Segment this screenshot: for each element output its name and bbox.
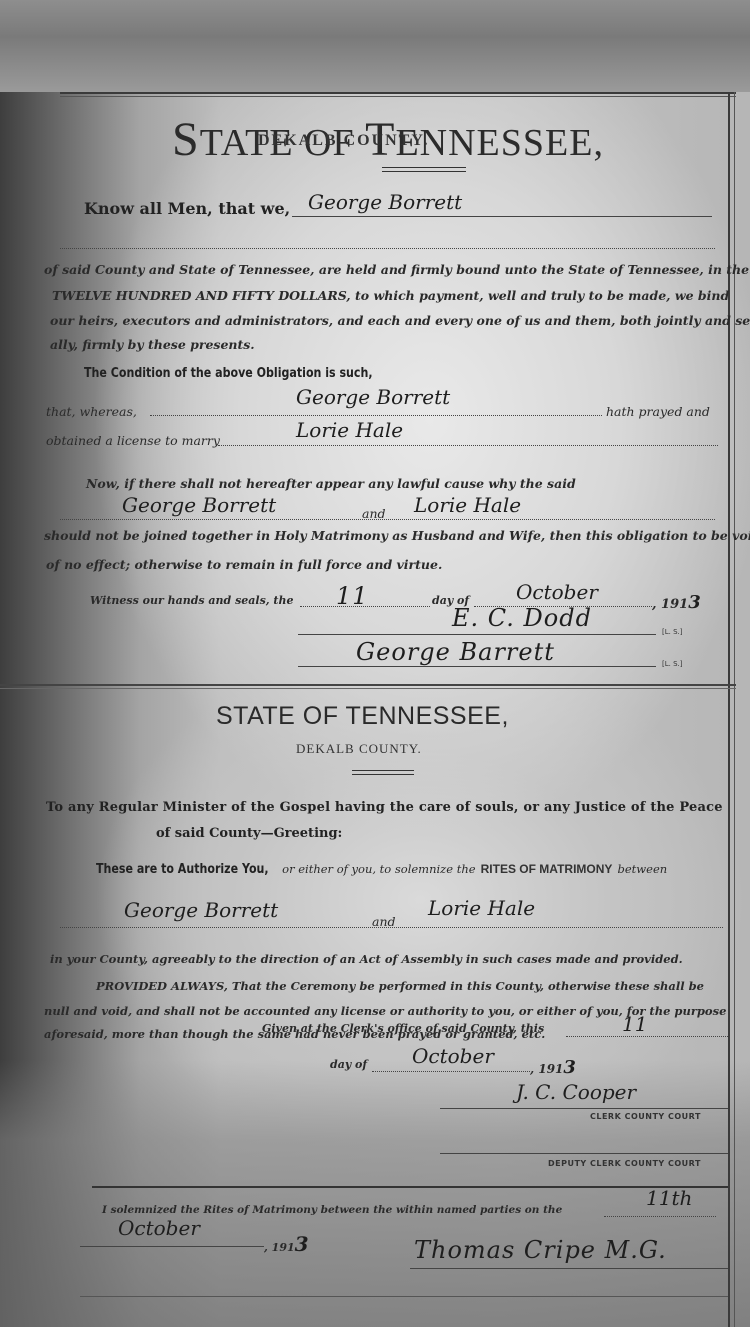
deputy-label: DEPUTY CLERK COUNTY COURT [548, 1159, 701, 1168]
authorize-line: These are to Authorize You, or either of… [96, 858, 667, 877]
now-if-line: Now, if there shall not hereafter appear… [86, 476, 576, 491]
greeting-line-2: of said County—Greeting: [156, 826, 342, 841]
said-groom-handwritten: George Borrett [122, 493, 276, 517]
year-handwritten-digit: 3 [295, 1232, 309, 1256]
bound-line-4: ally, firmly by these presents. [50, 337, 255, 352]
bound-line-2: TWELVE HUNDRED AND FIFTY DOLLARS, to whi… [52, 288, 729, 303]
title-initial-s: S [172, 113, 200, 166]
witness-year: , 1913 [652, 592, 701, 613]
said-bride-handwritten: Lorie Hale [414, 493, 521, 517]
given-year: , 1913 [530, 1057, 576, 1078]
scan-top-edge [0, 0, 750, 92]
section-divider [0, 684, 736, 686]
frame-border-top-inner [60, 96, 736, 97]
section-divider-inner [0, 688, 736, 689]
witness-day-handwritten: 11 [336, 582, 369, 610]
bound-line-1: of said County and State of Tennessee, a… [44, 262, 750, 277]
return-rule [92, 1186, 728, 1188]
year-printed: , 191 [264, 1241, 295, 1254]
obligor-name-handwritten: George Borrett [308, 190, 462, 214]
license-and-label: and [372, 914, 396, 929]
license-double-rule [352, 770, 414, 775]
bound-line-3: our heirs, executors and administrators,… [50, 313, 750, 328]
given-day-line [566, 1036, 728, 1037]
between-label: between [618, 862, 668, 876]
given-month-line [372, 1071, 530, 1072]
clerk-label: CLERK COUNTY COURT [590, 1112, 701, 1121]
condition-heading: The Condition of the above Obligation is… [84, 366, 373, 381]
given-day-of: day of [330, 1058, 367, 1071]
return-day-line [604, 1216, 716, 1217]
return-month-handwritten: October [118, 1216, 200, 1240]
county-line: in your County, agreeably to the directi… [50, 952, 683, 966]
bond-county: DEKALB COUNTY. [258, 132, 429, 150]
whereas-label: that, whereas, [46, 404, 137, 419]
minister-signature-handwritten: Thomas Cripe M.G. [414, 1236, 667, 1264]
whereas-line [150, 415, 602, 416]
clerk-signature-line [440, 1108, 728, 1109]
signature-line-2 [298, 666, 656, 667]
whereas-name-handwritten: George Borrett [296, 385, 450, 409]
bond-amount: TWELVE HUNDRED AND FIFTY DOLLARS, [52, 288, 351, 303]
license-state-title: STATE OF TENNESSEE, [216, 702, 509, 731]
hath-prayed: hath prayed and [606, 404, 710, 419]
return-year: , 1913 [264, 1232, 309, 1256]
seal-label-1: [L. S.] [662, 628, 682, 636]
greeting-line-1: To any Regular Minister of the Gospel ha… [46, 800, 723, 815]
rites-of-matrimony: RITES OF MATRIMONY [481, 862, 613, 876]
clerk-signature-handwritten: J. C. Cooper [516, 1080, 636, 1104]
scan-bottom-shading [0, 1060, 750, 1327]
year-printed: , 191 [652, 597, 688, 612]
signature-line-1 [298, 634, 656, 635]
license-county: DEKALB COUNTY. [296, 741, 422, 757]
signature-2-handwritten: George Barrett [356, 638, 555, 666]
title-double-rule [382, 167, 466, 172]
license-bride-handwritten: Lorie Hale [428, 896, 535, 920]
year-handwritten-digit: 3 [688, 592, 701, 613]
joined-line-1: should not be joined together in Holy Ma… [44, 528, 750, 543]
bottom-rule [80, 1296, 728, 1297]
bride-name-handwritten: Lorie Hale [296, 418, 403, 442]
year-printed: , 191 [530, 1062, 563, 1076]
and-label: and [362, 506, 386, 521]
provided-line-1: PROVIDED ALWAYS, That the Ceremony be pe… [96, 979, 704, 993]
solemnized-line: I solemnized the Rites of Matrimony betw… [102, 1204, 562, 1216]
joined-line-2: of no effect; otherwise to remain in ful… [46, 557, 442, 572]
given-day-handwritten: 11 [622, 1012, 647, 1036]
deputy-signature-line [440, 1153, 728, 1154]
authorize-bold: These are to Authorize You, [96, 862, 269, 877]
license-groom-handwritten: George Borrett [124, 898, 278, 922]
seal-label-2: [L. S.] [662, 660, 682, 668]
signature-1-handwritten: E. C. Dodd [452, 604, 592, 632]
parties-line [60, 519, 715, 520]
bride-line [218, 445, 718, 446]
frame-border-top [60, 92, 736, 94]
minister-signature-line [410, 1268, 728, 1269]
obligor-line [292, 216, 712, 217]
bound-line-2-rest: to which payment, well and truly to be m… [355, 288, 729, 303]
frame-border-right-inner [734, 92, 735, 1327]
obtained-label: obtained a license to marry [46, 433, 220, 448]
witness-month-handwritten: October [516, 580, 598, 604]
know-all-men: Know all Men, that we, [84, 199, 290, 218]
witness-label: Witness our hands and seals, the [90, 594, 294, 607]
authorize-italic: or either of you, to solemnize the [282, 862, 475, 876]
given-label: Given at the Clerk's office of said Coun… [262, 1022, 544, 1035]
frame-border-right [728, 92, 730, 1327]
return-day-handwritten: 11th [646, 1186, 692, 1210]
return-month-line [80, 1246, 264, 1247]
blank-dotted-line [60, 248, 715, 249]
given-month-handwritten: October [412, 1044, 494, 1068]
year-handwritten-digit: 3 [563, 1057, 576, 1078]
